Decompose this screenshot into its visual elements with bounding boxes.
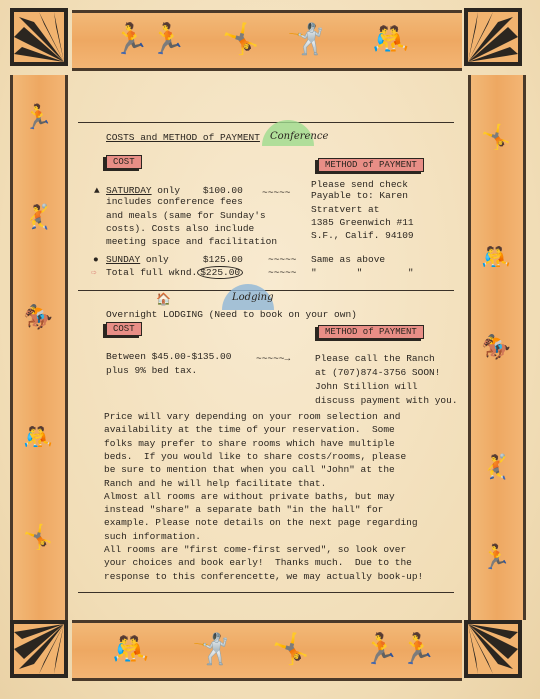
section-rule [78,592,454,593]
sunday-line: SUNDAY only $125.00 [106,253,243,266]
right-border-frieze: 🤸 🤼 🏇 🤾 🏃 [468,75,526,620]
conference-cost-tag: COST [106,155,142,169]
lodging-method-tag: METHOD of PAYMENT [318,325,424,339]
javelin-figure-icon: 🤺 [287,25,324,55]
lodging-label: Lodging [232,292,274,303]
paper-background [0,0,540,699]
saturday-desc-0: includes conference fees [106,195,243,208]
saturday-desc-3: meeting space and facilitation [106,235,277,248]
body-line: response to this conferencette, we may a… [104,570,423,583]
lodging-payment-3: discuss payment with you. [315,394,458,407]
athlete-figure-icon: 🤾 [23,205,53,229]
palm-corner-icon [10,8,68,66]
body-line: Price will vary depending on your room s… [104,410,400,423]
athlete-figure-icon: 🤼 [112,635,149,665]
body-line: such information. [104,530,201,543]
total-label: Total full wknd. [106,267,197,278]
sunday-price: only $125.00 [140,254,243,265]
runners-figure-icon: 🏃🏃 [112,25,187,55]
lodging-cost-1: plus 9% bed tax. [106,364,197,377]
palm-corner-icon [10,620,68,678]
horse-figure-icon: 🏇 [23,305,53,329]
sunday-label: SUNDAY [106,254,140,265]
lodging-payment-2: John Stillion will [315,380,418,393]
conference-method-tag: METHOD of PAYMENT [318,158,424,172]
body-line: your choices and book early! Thanks much… [104,556,412,569]
sunday-payment: Same as above [311,253,385,266]
payment-line-4: S.F., Calif. 94109 [311,229,414,242]
top-border-frieze: 🏃🏃 🤸 🤺 🤼 [72,10,462,71]
athlete-figure-icon: 🤺 [192,635,229,665]
athlete-figure-icon: 🤾 [481,455,511,479]
total-payment: " " " [311,266,414,279]
athlete-figure-icon: 🤸 [272,635,309,665]
athlete-figure-icon: 🏇 [481,335,511,359]
athlete-figure-icon: 🤸 [222,25,259,55]
lodging-cost-0: Between $45.00-$135.00 [106,350,231,363]
body-line: example. Please note details on the next… [104,516,418,529]
total-line: Total full wknd.$225.00 [106,266,243,279]
lodging-intro: Overnight LODGING (Need to book on your … [106,308,357,321]
total-value: $225.00 [197,266,243,279]
triangle-bullet-icon: ▲ [94,184,100,197]
squiggle-icon: ~~~~~ [262,186,291,199]
circle-bullet-icon: ● [93,253,99,266]
page-heading: COSTS and METHOD of PAYMENT [106,131,260,144]
body-line: instead "share" a separate bath "in the … [104,503,383,516]
body-line: beds. If you would like to share costs/r… [104,450,406,463]
payment-line-3: 1385 Greenwich #11 [311,216,414,229]
runners-figure-icon: 🏃🏃 [362,635,437,665]
saturday-desc-1: and meals (same for Sunday's [106,209,266,222]
athlete-figure-icon: 🤼 [23,425,53,449]
body-line: be sure to mention that when you call "J… [104,463,395,476]
wavy-arrow-icon: ~~~~~→ [256,352,290,365]
arrow-bullet-icon: ⇨ [91,266,97,279]
house-icon: 🏠 [156,294,171,307]
left-border-frieze: 🏃 🤾 🏇 🤼 🤸 [10,75,68,620]
boxers-figure-icon: 🤼 [372,25,409,55]
athlete-figure-icon: 🤸 [481,125,511,149]
palm-corner-icon [464,620,522,678]
section-rule [78,122,454,123]
athlete-figure-icon: 🏃 [23,105,53,129]
body-line: availability at the time of your reserva… [104,423,395,436]
athlete-figure-icon: 🤼 [481,245,511,269]
payment-line-2: Stratvert at [311,203,379,216]
squiggle-icon: ~~~~~ [268,266,297,279]
body-line: All rooms are "first come-first served",… [104,543,406,556]
bottom-border-frieze: 🤼 🤺 🤸 🏃🏃 [72,620,462,681]
conference-label: Conference [270,131,328,142]
athlete-figure-icon: 🏃 [481,545,511,569]
lodging-cost-tag: COST [106,322,142,336]
body-line: Ranch and he will help facilitate that. [104,477,326,490]
lodging-payment-0: Please call the Ranch [315,352,435,365]
body-line: Almost all rooms are without private bat… [104,490,395,503]
payment-line-1: Payable to: Karen [311,189,408,202]
saturday-desc-2: costs). Costs also include [106,222,254,235]
palm-corner-icon [464,8,522,66]
squiggle-icon: ~~~~~ [268,253,297,266]
lodging-payment-1: at (707)874-3756 SOON! [315,366,440,379]
athlete-figure-icon: 🤸 [23,525,53,549]
body-line: folks may prefer to share rooms which ha… [104,437,395,450]
